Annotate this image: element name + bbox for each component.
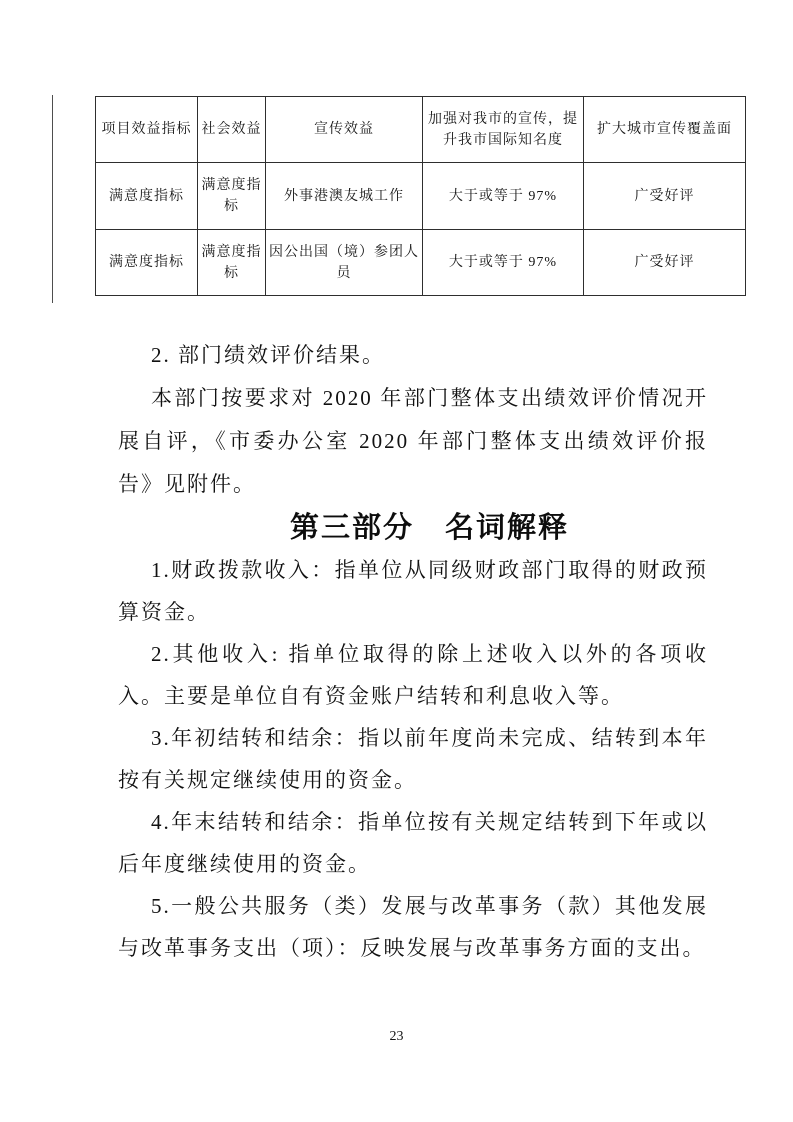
left-margin-rule — [52, 95, 53, 303]
section-heading: 第三部分 名词解释 — [118, 506, 708, 549]
table-cell: 大于或等于 97% — [423, 230, 584, 296]
benefit-indicator-table: 项目效益指标 社会效益 宣传效益 加强对我市的宣传，提升我市国际知名度 扩大城市… — [95, 96, 746, 296]
header-cell: 扩大城市宣传覆盖面 — [584, 97, 746, 163]
table-cell: 满意度指标 — [96, 230, 198, 296]
definition-item: 3.年初结转和结余：指以前年度尚未完成、结转到本年按有关规定继续使用的资金。 — [118, 717, 708, 801]
document-page: 项目效益指标 社会效益 宣传效益 加强对我市的宣传，提升我市国际知名度 扩大城市… — [0, 0, 793, 1122]
definitions-list: 1.财政拨款收入：指单位从同级财政部门取得的财政预算资金。 2.其他收入: 指单… — [118, 549, 708, 969]
table-cell: 外事港澳友城工作 — [266, 163, 423, 230]
table-cell: 广受好评 — [584, 230, 746, 296]
definition-item: 2.其他收入: 指单位取得的除上述收入以外的各项收入。主要是单位自有资金账户结转… — [118, 633, 708, 717]
table-cell: 因公出国（境）参团人员 — [266, 230, 423, 296]
definition-item: 1.财政拨款收入：指单位从同级财政部门取得的财政预算资金。 — [118, 549, 708, 633]
body-text-block: 2. 部门绩效评价结果。 本部门按要求对 2020 年部门整体支出绩效评价情况开… — [118, 334, 708, 969]
table-cell: 满意度指标 — [96, 163, 198, 230]
header-cell: 社会效益 — [198, 97, 266, 163]
definition-item: 5.一般公共服务（类）发展与改革事务（款）其他发展与改革事务支出（项）：反映发展… — [118, 885, 708, 969]
header-cell: 加强对我市的宣传，提升我市国际知名度 — [423, 97, 584, 163]
table-cell: 广受好评 — [584, 163, 746, 230]
evaluation-result-paragraph: 本部门按要求对 2020 年部门整体支出绩效评价情况开展自评，《市委办公室 20… — [118, 377, 708, 506]
evaluation-result-label: 2. 部门绩效评价结果。 — [118, 334, 708, 377]
table-cell: 满意度指标 — [198, 230, 266, 296]
header-cell: 项目效益指标 — [96, 97, 198, 163]
table-header-row: 项目效益指标 社会效益 宣传效益 加强对我市的宣传，提升我市国际知名度 扩大城市… — [96, 97, 746, 163]
table-cell: 大于或等于 97% — [423, 163, 584, 230]
table-row: 满意度指标 满意度指标 外事港澳友城工作 大于或等于 97% 广受好评 — [96, 163, 746, 230]
header-cell: 宣传效益 — [266, 97, 423, 163]
page-number: 23 — [0, 1026, 793, 1047]
table-row: 满意度指标 满意度指标 因公出国（境）参团人员 大于或等于 97% 广受好评 — [96, 230, 746, 296]
table-cell: 满意度指标 — [198, 163, 266, 230]
definition-item: 4.年末结转和结余：指单位按有关规定结转到下年或以后年度继续使用的资金。 — [118, 801, 708, 885]
